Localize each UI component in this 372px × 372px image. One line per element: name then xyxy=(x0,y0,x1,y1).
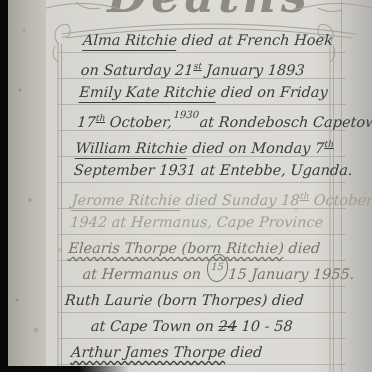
entry-line: Ruth Laurie (born Thorpes) died xyxy=(64,288,358,314)
entry-line: at Cape Town on 24 10 - 58 xyxy=(90,314,356,340)
entry-text: died at French Hoek xyxy=(177,33,334,49)
entry-text: William Ritchie xyxy=(75,141,189,159)
entry-text: at Cape Town on xyxy=(90,319,219,335)
entry-text: Ruth Laurie (born Thorpes) died xyxy=(64,293,304,309)
entry-text: at Rondebosch Capetown xyxy=(199,115,372,131)
entry-text: October xyxy=(308,193,372,209)
entry-lines: Alma Ritchie died at French Hoekon Satur… xyxy=(60,28,372,366)
entry-text: Alma Ritchie xyxy=(82,33,177,51)
entry-text: died Sunday 18 xyxy=(180,193,300,209)
entry-text: 15 xyxy=(206,254,229,282)
entry-line: Arthur James Thorpe died xyxy=(70,340,354,366)
entry-line: on Saturday 21st January 1893 xyxy=(80,54,372,80)
entry-text: September 1931 at Entebbe, Uganda. xyxy=(73,163,353,179)
photographed-register-page: Deaths xyxy=(0,0,372,372)
photo-edge-bottom xyxy=(0,366,130,372)
entry-text: Emily Kate Ritchie xyxy=(79,85,217,103)
entry-text: died on Friday xyxy=(216,85,329,101)
entry-text: Elearis Thorpe (born Ritchie) xyxy=(68,241,285,257)
entry-line: Alma Ritchie died at French Hoek xyxy=(82,28,372,54)
entry-text: died xyxy=(225,345,263,361)
entry-line: September 1931 at Entebbe, Uganda. xyxy=(73,158,367,184)
entry-line: 1942 at Hermanus, Cape Province xyxy=(69,210,363,236)
entry-text: 10 - 58 xyxy=(236,319,293,335)
entry-text: th xyxy=(324,140,334,150)
entry-line: 17th October,1930at Rondebosch Capetown xyxy=(77,106,371,132)
entry-text: died on Monday 7 xyxy=(187,141,325,157)
entry-text: Arthur James Thorpe xyxy=(71,345,227,361)
entry-text: October, xyxy=(105,115,173,131)
entry-text: died xyxy=(283,241,321,257)
entry-text: 1942 at Hermanus, Cape Province xyxy=(70,215,324,231)
entry-line: William Ritchie died on Monday 7th xyxy=(75,132,369,158)
entry-line: at Hermanus on 1515 January 1955. xyxy=(82,262,360,288)
entry-text: on Saturday 21 xyxy=(80,63,194,79)
entry-text: 1930 xyxy=(173,103,200,129)
book-spine-edge xyxy=(8,0,46,372)
register-page: Deaths xyxy=(46,0,372,372)
entry-text: 24 xyxy=(218,319,238,335)
entry-text: Jerome Ritchie xyxy=(71,193,181,211)
entry-text: at Hermanus on xyxy=(82,267,206,283)
entry-line: Emily Kate Ritchie died on Friday xyxy=(78,80,372,106)
entry-text: January 1893 xyxy=(201,63,305,79)
entry-line: Jerome Ritchie died Sunday 18th October xyxy=(71,184,365,210)
entry-text: 15 January 1955. xyxy=(228,267,355,283)
photo-edge-left xyxy=(0,0,8,372)
entry-text: 17 xyxy=(77,115,97,131)
